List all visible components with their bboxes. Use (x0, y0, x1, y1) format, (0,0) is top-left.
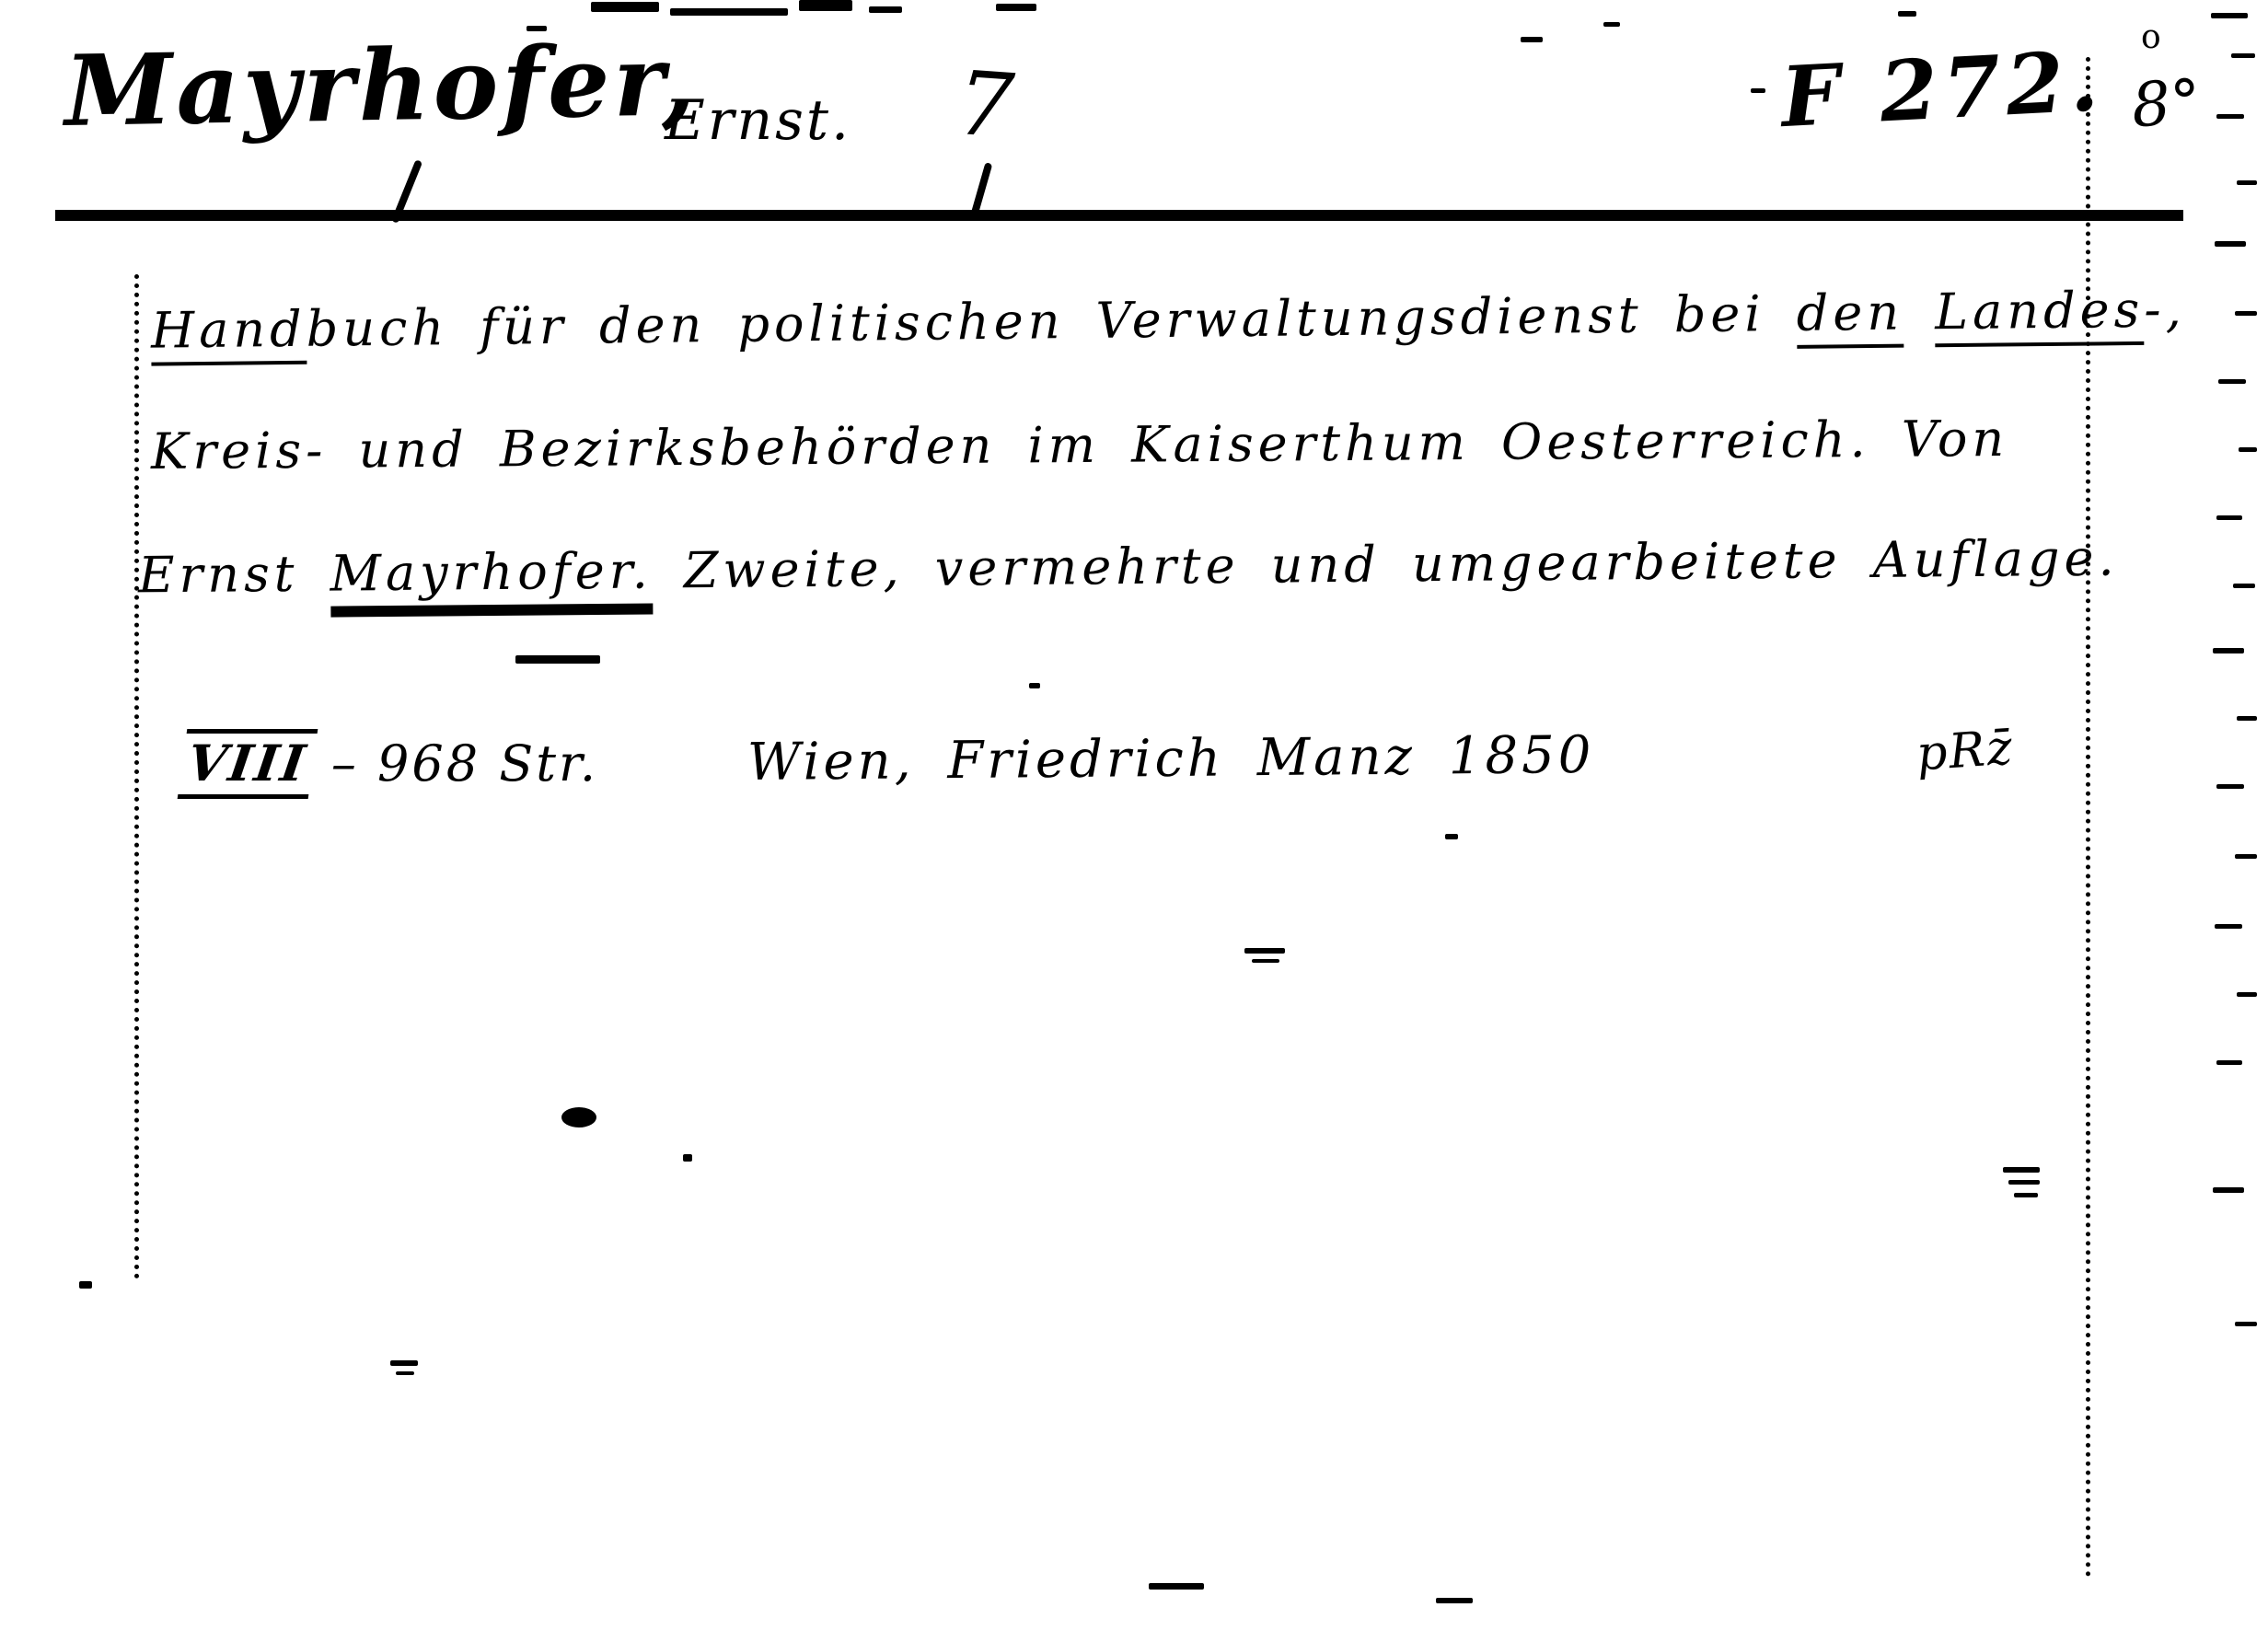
scan-artifact (2235, 311, 2257, 316)
scan-artifact (2014, 1193, 2038, 1197)
imprint: Wien, Friedrich Manz 1850 (747, 725, 1595, 792)
scan-artifact (2213, 648, 2244, 653)
scan-artifact (2216, 515, 2242, 520)
scan-artifact (2216, 114, 2244, 119)
author-forename: Ernst (138, 545, 330, 605)
scan-artifact (799, 0, 852, 11)
scan-artifact (526, 26, 547, 31)
scan-artifact (1603, 22, 1620, 27)
catalog-card: Mayrhofer, Ernst. 7 F 272. 8° o Handbuch… (0, 0, 2268, 1642)
scan-artifact (2231, 53, 2255, 58)
left-margin-dotted-line (134, 274, 139, 1279)
double-underline-segment (515, 655, 600, 664)
author-surname-underlined: Mayrhofer. (330, 542, 653, 618)
heading-forename: Ernst. (665, 88, 851, 153)
scan-artifact (2237, 180, 2257, 185)
scan-artifact (2237, 716, 2257, 721)
header-rule (55, 210, 2183, 221)
title-line-3: Ernst Mayrhofer. Zweite, vermehrte und u… (138, 529, 2119, 605)
scan-artifact (2216, 1060, 2242, 1065)
scan-artifact (2233, 584, 2255, 588)
collation-extent: VIII – 968 Str. (182, 729, 598, 799)
heading-number: 7 (954, 52, 1017, 158)
shelfmark: F 272. (1778, 32, 2106, 146)
scan-artifact (1029, 683, 1040, 688)
scan-artifact (591, 2, 659, 12)
title-hyphen: -, (2144, 280, 2186, 338)
scan-artifact (390, 1360, 418, 1366)
title-space (1903, 283, 1936, 341)
scan-artifact (2235, 1322, 2257, 1326)
scan-artifact (670, 8, 788, 16)
title-line-1: Handbuch für den politischen Verwaltungs… (151, 280, 2186, 359)
scan-artifact (2237, 992, 2257, 997)
format-mark: 8° (2129, 65, 2203, 141)
extent-roman-numeral: VIII (178, 729, 318, 799)
price-code-annotation: pRz̄ (1915, 720, 2016, 781)
scan-artifact (79, 1281, 92, 1289)
scan-artifact (2215, 241, 2246, 247)
title-underlined-landes: Landes (1935, 281, 2145, 347)
scan-artifact (1252, 959, 1279, 963)
scan-artifact (1445, 834, 1458, 839)
scan-artifact (2239, 447, 2257, 452)
scan-artifact (2211, 13, 2248, 18)
corner-mark: o (2141, 18, 2161, 56)
scan-artifact (1244, 948, 1285, 954)
scan-artifact (1898, 11, 1916, 17)
scan-artifact (2215, 924, 2242, 929)
title-underlined-den: den (1796, 283, 1903, 349)
ink-blot (561, 1107, 596, 1127)
scan-artifact (396, 1371, 414, 1375)
scan-artifact (2003, 1167, 2040, 1173)
scan-artifact (869, 6, 902, 13)
scan-artifact (2008, 1180, 2040, 1185)
scan-artifact (996, 4, 1036, 11)
scan-artifact (2235, 854, 2257, 859)
scan-artifact (1149, 1583, 1204, 1590)
scan-artifact (2218, 379, 2246, 384)
title-text: buch für den politischen Verwaltungsdien… (306, 284, 1797, 358)
scan-artifact (2213, 1187, 2244, 1193)
scan-artifact (683, 1154, 692, 1162)
scan-artifact (1436, 1598, 1473, 1603)
scan-artifact (2216, 784, 2244, 789)
title-underlined-hand: Hand (151, 300, 307, 366)
extent-pages: – 968 Str. (313, 734, 598, 792)
scan-artifact (1751, 88, 1765, 93)
scan-artifact (1521, 37, 1543, 42)
heading-surname: Mayrhofer, (64, 22, 700, 148)
edition-statement: Zweite, vermehrte und umgearbeitete Aufl… (652, 529, 2118, 600)
title-line-2: Kreis- und Bezirksbehörden im Kaiserthum… (151, 410, 2009, 480)
